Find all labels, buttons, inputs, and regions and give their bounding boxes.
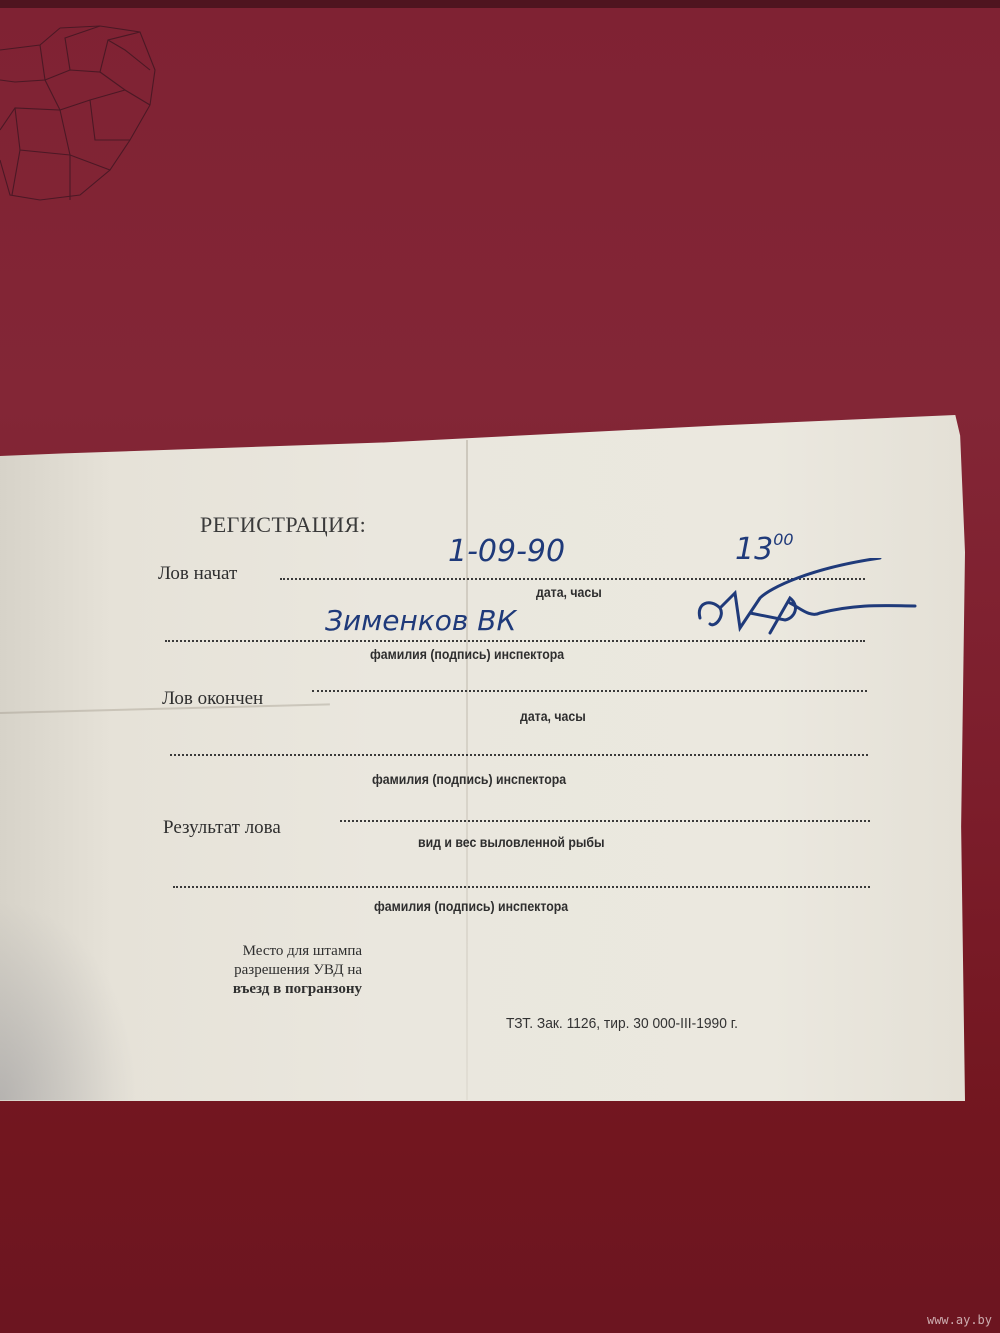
pen-sketch-drawing [0,10,180,210]
printer-imprint: ТЗТ. Зак. 1126, тир. 30 000-III-1990 г. [506,1015,738,1032]
dotted-line-fishing-ended[interactable] [312,690,867,692]
dotted-line-catch-result[interactable] [340,820,870,822]
caption-inspector-signature: фамилия (подпись) инспектора [370,646,564,662]
dotted-line-inspector-3[interactable] [173,886,870,888]
stamp-note-line-1: Место для штампа [172,942,362,961]
caption-fish-type-weight: вид и вес выловленной рыбы [418,834,605,850]
form-title: РЕГИСТРАЦИЯ: [200,512,366,538]
handwritten-inspector-name: Зименков ВК [325,604,516,637]
dotted-line-inspector-2[interactable] [170,754,868,756]
label-catch-result: Результат лова [163,817,281,839]
caption-inspector-signature: фамилия (подпись) инспектора [374,898,568,914]
caption-date-hours: дата, часы [536,584,602,600]
registration-form-paper [0,415,965,1101]
stamp-note-line-2: разрешения УВД на [172,961,362,980]
top-shadow [0,0,1000,8]
caption-date-hours: дата, часы [520,708,586,724]
label-fishing-ended: Лов окончен [162,688,263,710]
label-fishing-started: Лов начат [158,563,237,585]
stamp-note-line-3: въезд в погранзону [172,980,362,999]
shadow-overlay [0,900,140,1100]
stamp-placeholder-note: Место для штампа разрешения УВД на въезд… [172,942,362,999]
caption-inspector-signature: фамилия (подпись) инспектора [372,771,566,787]
watermark: www.ay.by [927,1313,992,1327]
handwritten-start-date: 1-09-90 [448,534,565,569]
signature-icon [690,558,920,648]
